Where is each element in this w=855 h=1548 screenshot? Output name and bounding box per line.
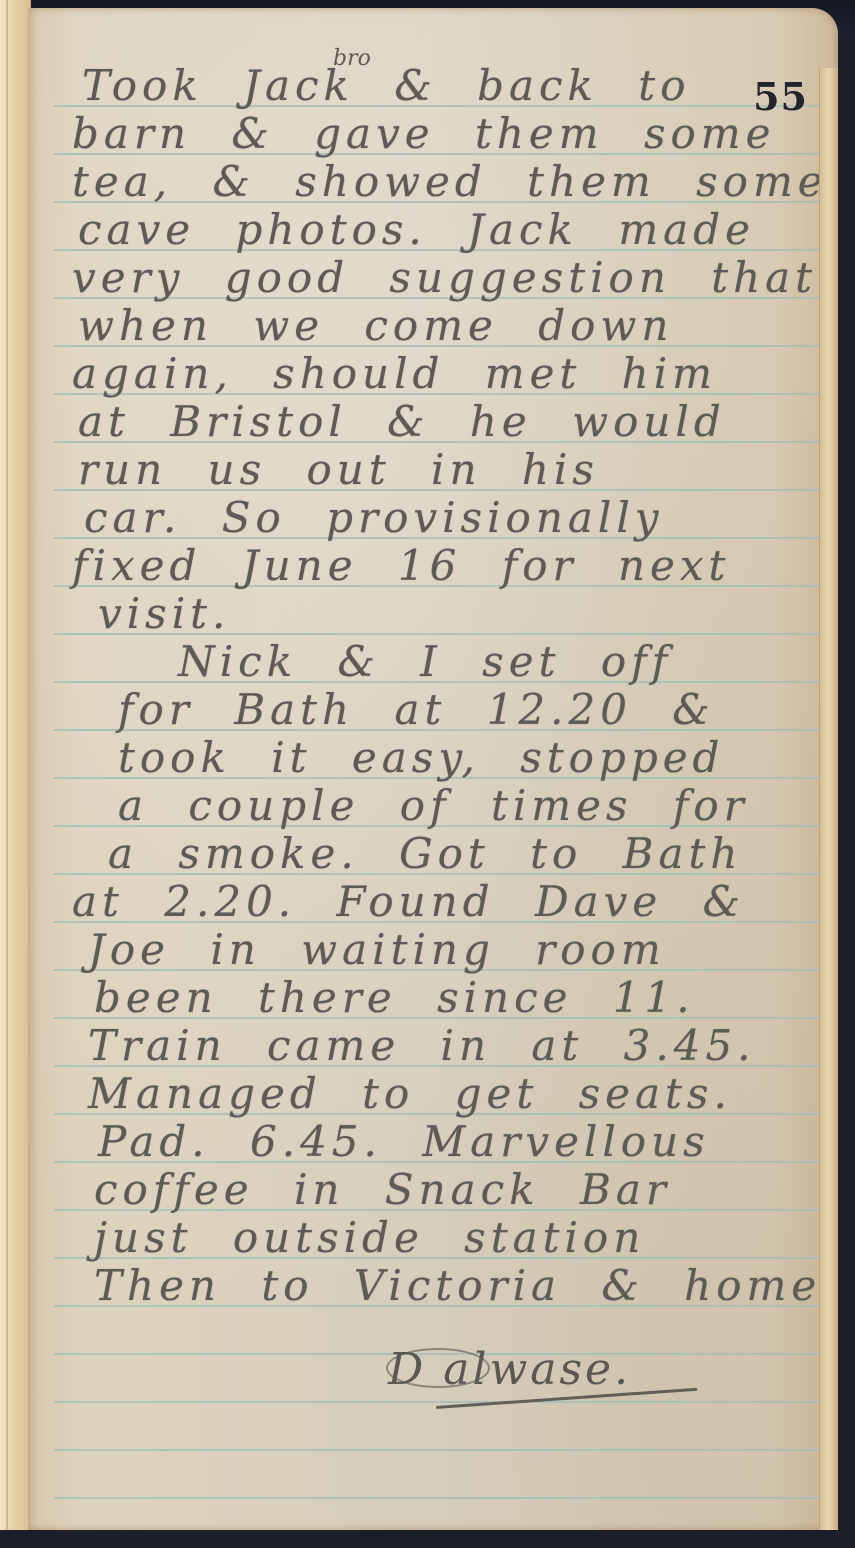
handwritten-line: took it easy, stopped — [118, 734, 724, 782]
diary-page: 55 bro Took Jack & back to barn & gave t… — [28, 8, 838, 1530]
rule-line — [54, 1497, 824, 1499]
handwritten-line: Joe in waiting room — [88, 926, 666, 974]
rule-line — [54, 1401, 824, 1403]
rule-line — [54, 1449, 824, 1451]
handwritten-line: car. So provisionally — [84, 494, 664, 542]
handwritten-line: a couple of times for — [118, 782, 749, 830]
handwritten-line: run us out in his — [78, 446, 599, 494]
handwritten-line: again, should met him — [72, 350, 717, 398]
signature: D alwase. — [388, 1344, 631, 1395]
handwritten-line: Then to Victoria & home. — [94, 1262, 838, 1310]
handwritten-line: when we come down — [78, 302, 673, 350]
handwritten-line: tea, & showed them some — [72, 158, 828, 206]
page-stack-binding — [0, 0, 31, 1548]
handwritten-line: been there since 11. — [94, 974, 695, 1022]
handwritten-line: coffee in Snack Bar — [94, 1166, 671, 1214]
handwritten-line: Train came in at 3.45. — [88, 1022, 756, 1070]
handwritten-line: barn & gave them some — [72, 110, 775, 158]
handwritten-line: just outside station — [94, 1214, 645, 1262]
handwritten-line: very good suggestion that — [72, 254, 817, 302]
handwritten-line: at 2.20. Found Dave & — [72, 878, 745, 926]
handwritten-line: visit. — [98, 590, 230, 638]
handwritten-line: for Bath at 12.20 & — [118, 686, 715, 734]
handwritten-line: at Bristol & he would — [78, 398, 726, 446]
handwritten-line: Pad. 6.45. Marvellous — [98, 1118, 710, 1166]
handwritten-line: a smoke. Got to Bath — [108, 830, 742, 878]
handwritten-line: Took Jack & back to — [82, 62, 690, 110]
handwritten-line: Managed to get seats. — [88, 1070, 732, 1118]
handwritten-line: cave photos. Jack made — [78, 206, 755, 254]
page-edge-right — [819, 68, 838, 1530]
handwritten-line: Nick & I set off — [178, 638, 672, 686]
notebook-cover-bottom — [0, 1530, 855, 1548]
handwritten-line: fixed June 16 for next — [72, 542, 730, 590]
